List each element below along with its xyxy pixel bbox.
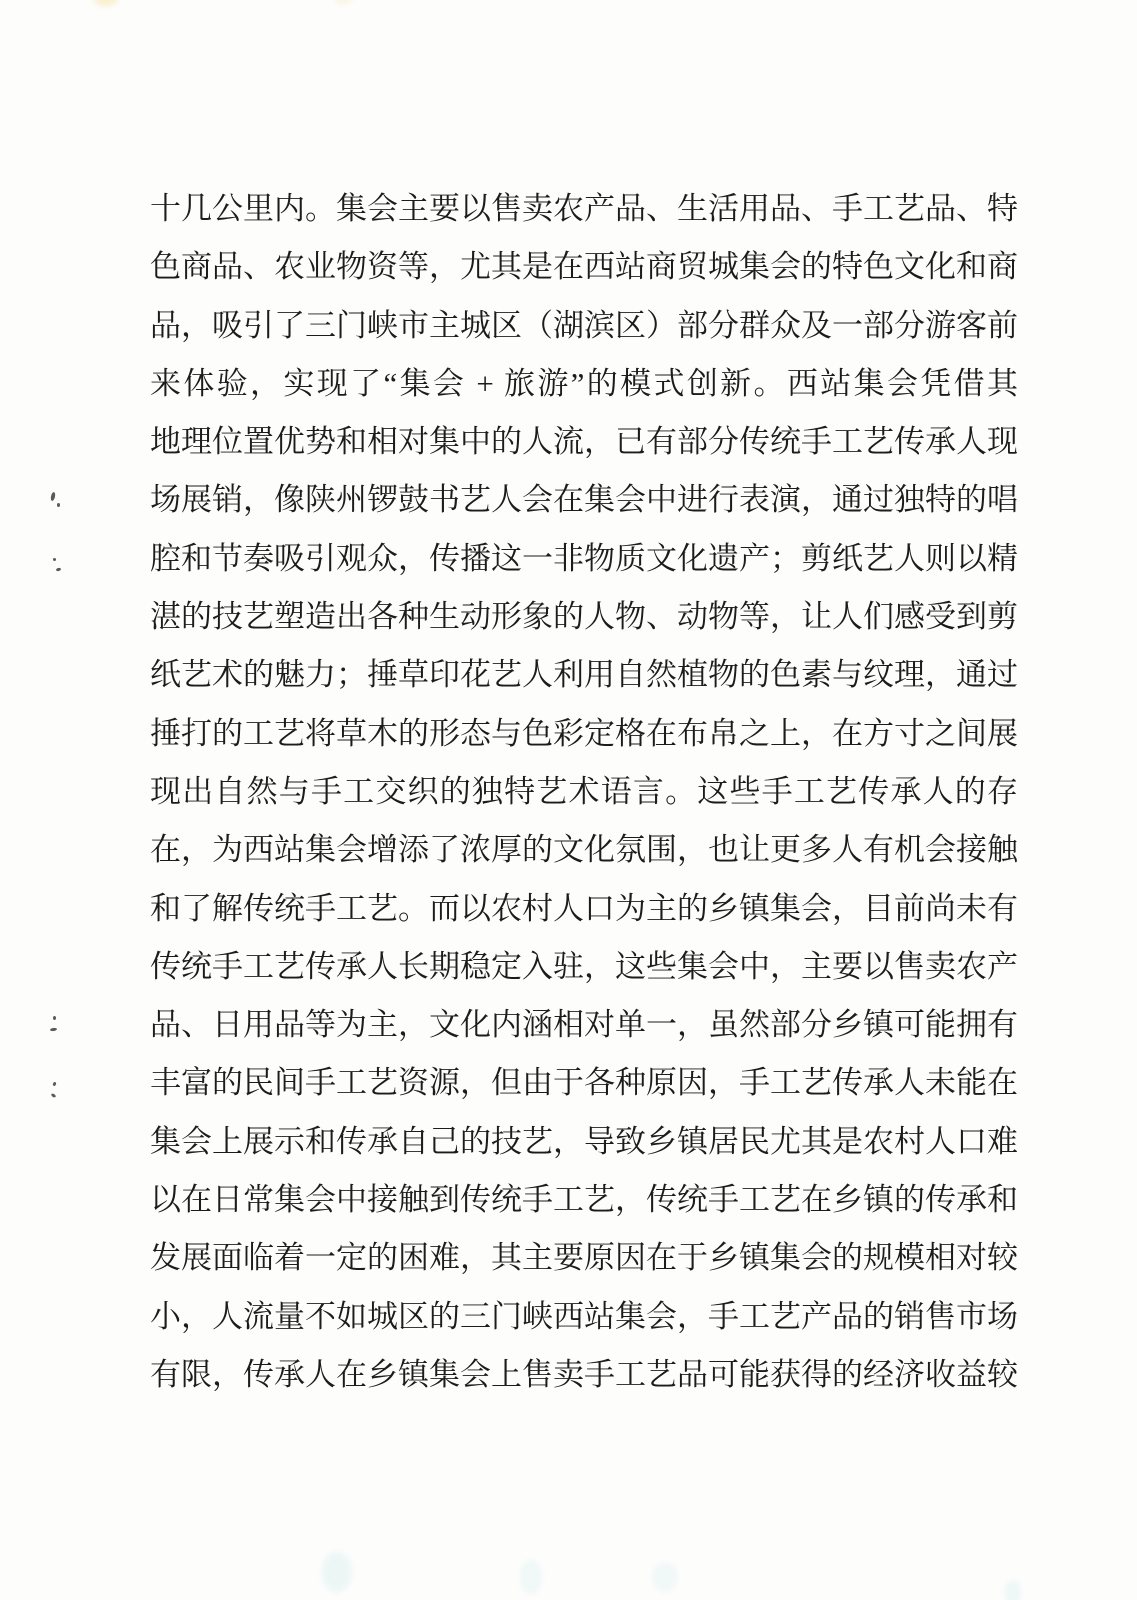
body-text-block: 十几公里内。集会主要以售卖农产品、生活用品、手工艺品、特色商品、农业物资等，尤其…	[150, 180, 1018, 1404]
ink-speck	[50, 492, 56, 502]
text-line: 小，人流量不如城区的三门峡西站集会，手工艺产品的销售市场	[150, 1288, 1018, 1346]
scan-stain	[322, 1552, 352, 1592]
ink-speck	[56, 567, 62, 571]
text-line: 来体验，实现了“集会 + 旅游”的模式创新。西站集会凭借其	[150, 355, 1018, 413]
scan-stain	[334, 0, 352, 4]
text-line: 集会上展示和传承自己的技艺，导致乡镇居民尤其是农村人口难	[150, 1113, 1018, 1171]
scan-stain	[520, 1560, 542, 1594]
ink-speck	[52, 1082, 56, 1087]
text-line: 湛的技艺塑造出各种生动形象的人物、动物等，让人们感受到剪	[150, 588, 1018, 646]
text-line: 有限，传承人在乡镇集会上售卖手工艺品可能获得的经济收益较	[150, 1346, 1018, 1404]
text-line: 色商品、农业物资等，尤其是在西站商贸城集会的特色文化和商	[150, 238, 1018, 296]
text-line: 和了解传统手工艺。而以农村人口为主的乡镇集会，目前尚未有	[150, 880, 1018, 938]
scanned-document-page: 十几公里内。集会主要以售卖农产品、生活用品、手工艺品、特色商品、农业物资等，尤其…	[0, 0, 1137, 1600]
ink-speck	[57, 503, 60, 507]
scan-stain	[652, 1562, 678, 1592]
text-line: 场展销，像陕州锣鼓书艺人会在集会中进行表演，通过独特的唱	[150, 471, 1018, 529]
ink-speck	[53, 558, 56, 561]
text-line: 腔和节奏吸引观众，传播这一非物质文化遗产；剪纸艺人则以精	[150, 530, 1018, 588]
text-line: 十几公里内。集会主要以售卖农产品、生活用品、手工艺品、特	[150, 180, 1018, 238]
ink-speck	[53, 1016, 56, 1020]
text-line: 地理位置优势和相对集中的人流，已有部分传统手工艺传承人现	[150, 413, 1018, 471]
text-line: 传统手工艺传承人长期稳定入驻，这些集会中，主要以售卖农产	[150, 938, 1018, 996]
text-line: 现出自然与手工交织的独特艺术语言。这些手工艺传承人的存	[150, 763, 1018, 821]
text-line: 捶打的工艺将草木的形态与色彩定格在布帛之上，在方寸之间展	[150, 705, 1018, 763]
text-line: 发展面临着一定的困难，其主要原因在于乡镇集会的规模相对较	[150, 1229, 1018, 1287]
ink-speck	[50, 1028, 57, 1032]
text-line: 以在日常集会中接触到传统手工艺，传统手工艺在乡镇的传承和	[150, 1171, 1018, 1229]
text-line: 在，为西站集会增添了浓厚的文化氛围，也让更多人有机会接触	[150, 821, 1018, 879]
text-line: 品、日用品等为主，文化内涵相对单一，虽然部分乡镇可能拥有	[150, 996, 1018, 1054]
scan-stain	[1005, 1580, 1021, 1600]
text-line: 品，吸引了三门峡市主城区（湖滨区）部分群众及一部分游客前	[150, 297, 1018, 355]
scan-stain	[94, 0, 118, 6]
ink-speck	[51, 1093, 57, 1098]
text-line: 丰富的民间手工艺资源，但由于各种原因，手工艺传承人未能在	[150, 1054, 1018, 1112]
text-line: 纸艺术的魅力；捶草印花艺人利用自然植物的色素与纹理，通过	[150, 646, 1018, 704]
